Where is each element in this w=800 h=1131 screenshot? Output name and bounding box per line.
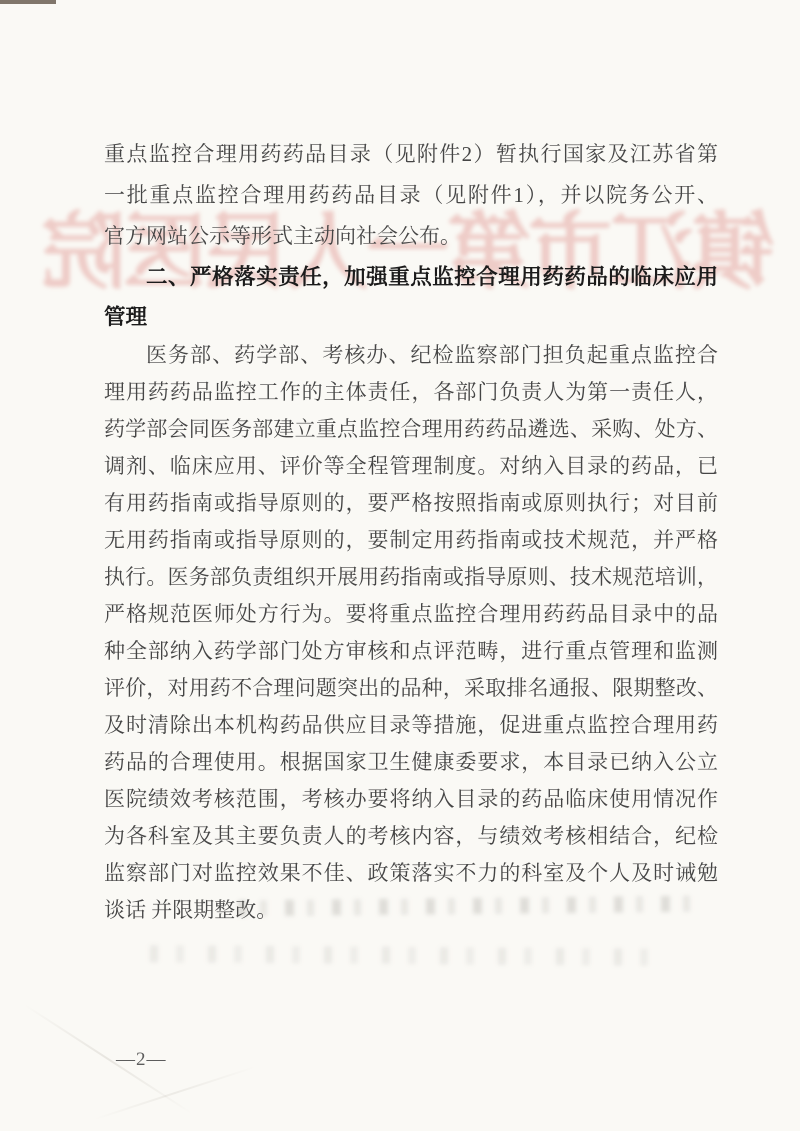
text-line: 医务部、药学部、考核办、纪检监察部门担负起重点监控合: [104, 337, 718, 374]
page-number: —2—: [116, 1048, 167, 1072]
text-line: 医院绩效考核范围，考核办要将纳入目录的药品临床使用情况作: [104, 781, 718, 818]
text-line: 及时清除出本机构药品供应目录等措施，促进重点监控合理用药: [104, 707, 718, 744]
heading-line: 二、严格落实责任，加强重点监控合理用药药品的临床应用: [104, 257, 718, 297]
text-line: 种全部纳入药学部门处方审核和点评范畴，进行重点管理和监测: [104, 633, 718, 670]
paper-crease: [24, 1004, 193, 1115]
section-heading: 二、严格落实责任，加强重点监控合理用药药品的临床应用 管理: [104, 257, 718, 337]
text-line: 重点监控合理用药药品目录（见附件2）暂执行国家及江苏省第: [104, 134, 718, 175]
text-line: 谈话 并限期整改。: [104, 892, 718, 929]
text-line: 严格规范医师处方行为。要将重点监控合理用药药品目录中的品: [104, 596, 718, 633]
text-line: 一批重点监控合理用药药品目录（见附件1），并以院务公开、: [104, 175, 718, 216]
text-line: 评价，对用药不合理问题突出的品种，采取排名通报、限期整改、: [104, 670, 718, 707]
bleed-through-smudge: [150, 945, 670, 966]
text-line: 理用药药品监控工作的主体责任，各部门负责人为第一责任人，: [104, 374, 718, 411]
text-line: 无用药指南或指导原则的，要制定用药指南或技术规范，并严格: [104, 522, 718, 559]
text-line: 有用药指南或指导原则的，要严格按照指南或原则执行；对目前: [104, 485, 718, 522]
text-line: 药学部会同医务部建立重点监控合理用药药品遴选、采购、处方、: [104, 411, 718, 448]
heading-line: 管理: [104, 297, 718, 337]
paper-crease: [94, 1066, 256, 1120]
paragraph-continued: 重点监控合理用药药品目录（见附件2）暂执行国家及江苏省第 一批重点监控合理用药药…: [104, 134, 718, 257]
scanned-document-page: 镇江市第一人民医院 重点监控合理用药药品目录（见附件2）暂执行国家及江苏省第 一…: [0, 0, 800, 1131]
text-line: 监察部门对监控效果不佳、政策落实不力的科室及个人及时诫勉: [104, 855, 718, 892]
text-line: 官方网站公示等形式主动向社会公布。: [104, 216, 718, 257]
text-line: 药品的合理使用。根据国家卫生健康委要求，本目录已纳入公立: [104, 744, 718, 781]
text-line: 调剂、临床应用、评价等全程管理制度。对纳入目录的药品，已: [104, 448, 718, 485]
text-line: 执行。医务部负责组织开展用药指南或指导原则、技术规范培训，: [104, 559, 718, 596]
text-line: 为各科室及其主要负责人的考核内容，与绩效考核相结合，纪检: [104, 818, 718, 855]
scan-edge-artifact: [0, 0, 56, 4]
document-body: 重点监控合理用药药品目录（见附件2）暂执行国家及江苏省第 一批重点监控合理用药药…: [104, 134, 718, 929]
paragraph-main: 医务部、药学部、考核办、纪检监察部门担负起重点监控合 理用药药品监控工作的主体责…: [104, 337, 718, 929]
